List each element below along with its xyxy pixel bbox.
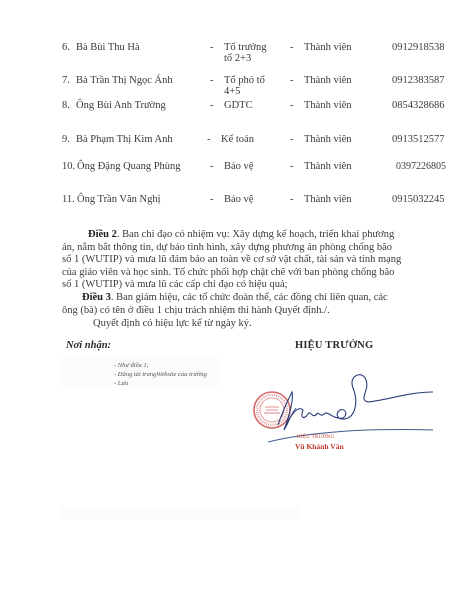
member-number: 7. [62, 75, 70, 86]
member-row-8: 8. Ông Bùi Anh Trường - GDTC - Thành viê… [0, 100, 456, 128]
member-position: Thành viên [304, 161, 352, 172]
effective-statement: Quyết định có hiệu lực kể từ ngày ký. [93, 318, 433, 331]
article-2: Điều 2. Ban chỉ đạo có nhiệm vụ: Xây dựn… [62, 229, 402, 292]
separator: - [290, 194, 294, 205]
member-phone: 0397226805 [396, 161, 446, 172]
member-role: Kế toán [221, 134, 254, 145]
member-phone: 0913512577 [392, 134, 445, 145]
member-phone: 0915032245 [392, 194, 445, 205]
principal-title: HIỆU TRƯỞNG [295, 340, 373, 351]
member-number: 10. [62, 161, 75, 172]
member-number: 11. [62, 194, 75, 205]
separator: - [290, 100, 294, 111]
member-role: Tổ phó tổ4+5 [224, 75, 265, 97]
member-role: Bảo vệ [224, 161, 253, 172]
member-row-10: 10. Ông Đặng Quang Phùng - Bảo vệ - Thàn… [0, 161, 456, 189]
member-phone: 0912383587 [392, 75, 445, 86]
member-name: Bà Bùi Thu Hà [76, 42, 140, 53]
recipients-title: Nơi nhận: [66, 340, 111, 351]
separator: - [290, 134, 294, 145]
member-phone: 0912918538 [392, 42, 445, 53]
member-name: Bà Trần Thị Ngọc Ánh [76, 75, 173, 86]
article-3-label: Điều 3 [82, 292, 111, 303]
recipient-item: - Lưu [114, 379, 207, 388]
article-3: Điều 3. Ban giám hiệu, các tổ chức đoàn … [62, 292, 402, 317]
member-name: Bà Phạm Thị Kim Anh [76, 134, 173, 145]
separator: - [210, 75, 214, 86]
signature-icon [248, 370, 438, 450]
separator: - [210, 194, 214, 205]
member-row-11: 11. Ông Trần Văn Nghị - Bảo vệ - Thành v… [0, 194, 456, 222]
faint-footer-area [60, 507, 300, 519]
member-number: 9. [62, 134, 70, 145]
principal-name: Vũ Khánh Vân [295, 442, 344, 451]
member-role: Bảo vệ [224, 194, 253, 205]
separator: - [210, 161, 214, 172]
separator: - [210, 42, 214, 53]
member-position: Thành viên [304, 100, 352, 111]
member-row-6: 6. Bà Bùi Thu Hà - Tổ trưởngtổ 2+3 - Thà… [0, 42, 456, 70]
article-2-label: Điều 2 [88, 229, 117, 240]
member-row-7: 7. Bà Trần Thị Ngọc Ánh - Tổ phó tổ4+5 -… [0, 75, 456, 103]
member-name: Ông Bùi Anh Trường [76, 100, 166, 111]
member-name: Ông Đặng Quang Phùng [77, 161, 181, 172]
stamp-title: HIỆU TRƯỞNG [297, 435, 335, 440]
separator: - [210, 100, 214, 111]
separator: - [290, 161, 294, 172]
member-phone: 0854328686 [392, 100, 445, 111]
member-name: Ông Trần Văn Nghị [77, 194, 161, 205]
member-position: Thành viên [304, 194, 352, 205]
member-number: 6. [62, 42, 70, 53]
member-position: Thành viên [304, 75, 352, 86]
separator: - [290, 42, 294, 53]
member-role: GDTC [224, 100, 253, 111]
member-number: 8. [62, 100, 70, 111]
separator: - [207, 134, 211, 145]
article-3-text: . Ban giám hiệu, các tổ chức đoàn thể, c… [62, 292, 388, 316]
separator: - [290, 75, 294, 86]
member-position: Thành viên [304, 134, 352, 145]
recipient-item: - Đăng tải trangWebsite của trường [114, 370, 207, 379]
member-row-9: 9. Bà Phạm Thị Kim Anh - Kế toán - Thành… [0, 134, 456, 162]
recipients-list: - Như điều 1; - Đăng tải trangWebsite củ… [114, 361, 207, 388]
member-position: Thành viên [304, 42, 352, 53]
member-role: Tổ trưởngtổ 2+3 [224, 42, 266, 64]
recipient-item: - Như điều 1; [114, 361, 207, 370]
